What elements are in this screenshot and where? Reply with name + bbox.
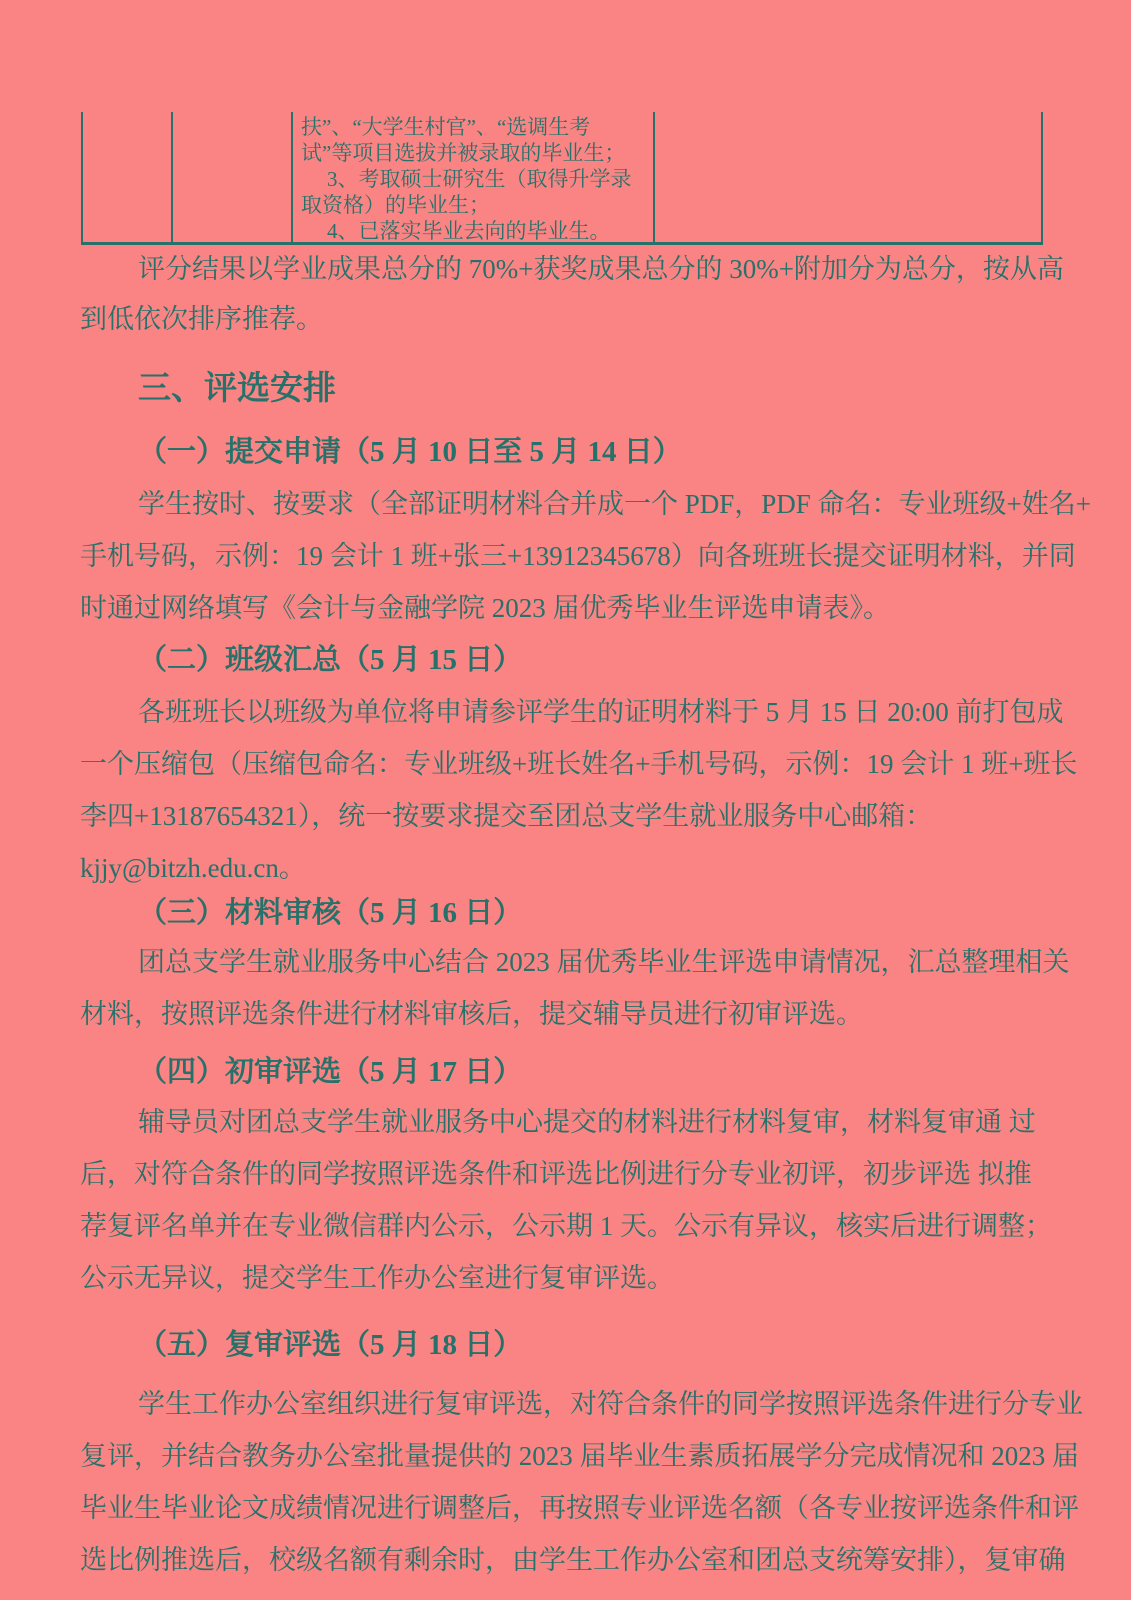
table-cell-empty-3 [655, 112, 1041, 242]
subsection-heading-5: （五）复审评选（5 月 18 日） [80, 1325, 522, 1365]
table-cell-empty-1 [83, 112, 173, 242]
section-title: 三、评选安排 [80, 366, 336, 410]
subsection-heading-1: （一）提交申请（5 月 10 日至 5 月 14 日） [80, 432, 682, 472]
table-fragment: 扶”、“大学生村官”、“选调生考 试”等项目选拔并被录取的毕业生； 3、考取硕士… [81, 112, 1043, 245]
table-cell-line: 取资格）的毕业生； [301, 192, 649, 218]
table-cell-criteria: 扶”、“大学生村官”、“选调生考 试”等项目选拔并被录取的毕业生； 3、考取硕士… [293, 112, 655, 242]
doc-line: 学生工作办公室组织进行复审评选，对符合条件的同学按照评选条件进行分专业 [80, 1378, 1055, 1430]
doc-line: 手机号码，示例：19 会计 1 班+张三+13912345678）向各班班长提交… [80, 530, 1055, 582]
table-cell-line: 扶”、“大学生村官”、“选调生考 [301, 114, 649, 140]
subsection-paragraph-1: 学生按时、按要求（全部证明材料合并成一个 PDF，PDF 命名：专业班级+姓名+… [80, 478, 1055, 634]
doc-line: 一个压缩包（压缩包命名：专业班级+班长姓名+手机号码，示例：19 会计 1 班+… [80, 738, 1055, 790]
table-cell-line: 试”等项目选拔并被录取的毕业生； [301, 140, 649, 166]
doc-line: 各班班长以班级为单位将申请参评学生的证明材料于 5 月 15 日 20:00 前… [80, 686, 1055, 738]
doc-line: 毕业生毕业论文成绩情况进行调整后，再按照专业评选名额（各专业按评选条件和评 [80, 1482, 1055, 1534]
doc-line: 学生按时、按要求（全部证明材料合并成一个 PDF，PDF 命名：专业班级+姓名+ [80, 478, 1055, 530]
doc-line: 复评，并结合教务办公室批量提供的 2023 届毕业生素质拓展学分完成情况和 20… [80, 1430, 1055, 1482]
table-cell-empty-2 [173, 112, 293, 242]
subsection-paragraph-2: 各班班长以班级为单位将申请参评学生的证明材料于 5 月 15 日 20:00 前… [80, 686, 1055, 894]
doc-line: 选比例推选后，校级名额有剩余时，由学生工作办公室和团总支统筹安排），复审确 [80, 1534, 1055, 1586]
doc-line: 材料，按照评选条件进行材料审核后，提交辅导员进行初审评选。 [80, 988, 1055, 1040]
subsection-paragraph-3: 团总支学生就业服务中心结合 2023 届优秀毕业生评选申请情况，汇总整理相关 材… [80, 936, 1055, 1040]
subsection-paragraph-4: 辅导员对团总支学生就业服务中心提交的材料进行材料复审，材料复审通 过 后，对符合… [80, 1096, 1055, 1304]
subsection-heading-2: （二）班级汇总（5 月 15 日） [80, 640, 522, 680]
score-note-paragraph: 评分结果以学业成果总分的 70%+获奖成果总分的 30%+附加分为总分，按从高 … [80, 244, 1055, 344]
doc-line: 荐复评名单并在专业微信群内公示，公示期 1 天。公示有异议，核实后进行调整； [80, 1200, 1055, 1252]
subsection-paragraph-5: 学生工作办公室组织进行复审评选，对符合条件的同学按照评选条件进行分专业 复评，并… [80, 1378, 1055, 1586]
subsection-heading-4: （四）初审评选（5 月 17 日） [80, 1052, 522, 1092]
document-page: 扶”、“大学生村官”、“选调生考 试”等项目选拔并被录取的毕业生； 3、考取硕士… [0, 0, 1131, 1600]
doc-line: 到低依次排序推荐。 [80, 294, 1055, 344]
table-cell-line: 3、考取硕士研究生（取得升学录 [301, 166, 649, 192]
doc-line: 后，对符合条件的同学按照评选条件和评选比例进行分专业初评，初步评选 拟推 [80, 1148, 1055, 1200]
doc-line: 李四+13187654321），统一按要求提交至团总支学生就业服务中心邮箱： [80, 790, 1055, 842]
email-line: kjjy@bitzh.edu.cn。 [80, 842, 1055, 894]
doc-line: 公示无异议，提交学生工作办公室进行复审评选。 [80, 1252, 1055, 1304]
doc-line: 辅导员对团总支学生就业服务中心提交的材料进行材料复审，材料复审通 过 [80, 1096, 1055, 1148]
doc-line: 时通过网络填写《会计与金融学院 2023 届优秀毕业生评选申请表》。 [80, 582, 1055, 634]
doc-line: 评分结果以学业成果总分的 70%+获奖成果总分的 30%+附加分为总分，按从高 [80, 244, 1055, 294]
table-cell-line: 4、已落实毕业去向的毕业生。 [301, 218, 649, 244]
doc-line: 团总支学生就业服务中心结合 2023 届优秀毕业生评选申请情况，汇总整理相关 [80, 936, 1055, 988]
subsection-heading-3: （三）材料审核（5 月 16 日） [80, 893, 522, 933]
